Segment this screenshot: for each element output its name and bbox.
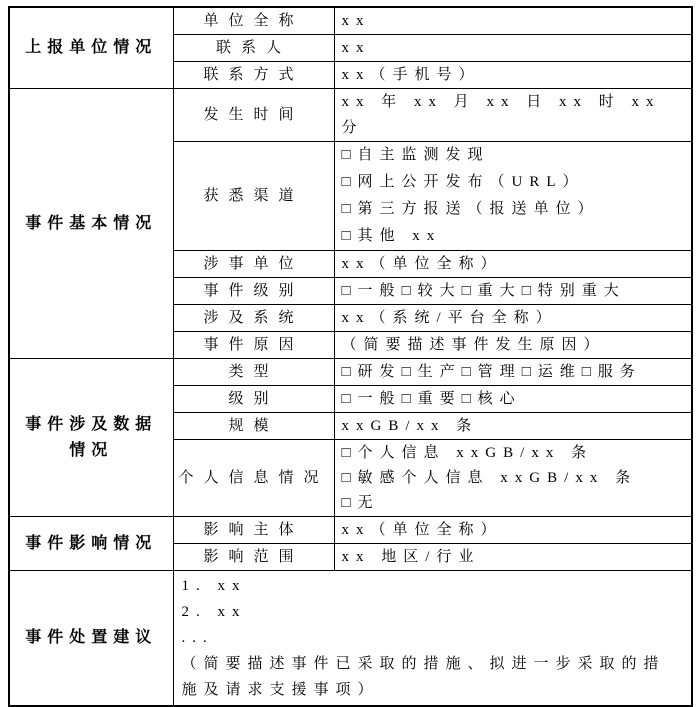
field-label-data-scale: 规模 bbox=[173, 413, 334, 440]
checkbox-option-type-management[interactable]: □管理 bbox=[462, 364, 522, 380]
suggestion-note: （简要描述事件已采取的措施、拟进一步采取的措施及请求支援事项） bbox=[182, 651, 686, 703]
field-label-occurrence-time: 发生时间 bbox=[173, 89, 334, 142]
field-label-involved-system: 涉及系统 bbox=[173, 305, 334, 332]
checkbox-option-public-release[interactable]: □网上公开发布（URL） bbox=[342, 169, 688, 196]
checkbox-option-type-rd[interactable]: □研发 bbox=[342, 364, 402, 380]
field-value-discovery-channel: □自主监测发现 □网上公开发布（URL） □第三方报送（报送单位） □其他 xx bbox=[334, 142, 692, 251]
checkbox-option-level-large[interactable]: □较大 bbox=[402, 283, 462, 299]
field-value-incident-cause: （简要描述事件发生原因） bbox=[334, 332, 692, 359]
checkbox-option-other[interactable]: □其他 xx bbox=[342, 223, 688, 250]
checkbox-option-level-major[interactable]: □重大 bbox=[462, 283, 522, 299]
section-title-incident-basic-info: 事件基本情况 bbox=[9, 89, 173, 359]
field-value-contact-method: xx（手机号） bbox=[334, 62, 692, 89]
field-value-handling-suggestions: 1. xx 2. xx ... （简要描述事件已采取的措施、拟进一步采取的措施及… bbox=[173, 571, 692, 707]
checkbox-option-data-important[interactable]: □重要 bbox=[402, 391, 462, 407]
field-label-affected-scope: 影响范围 bbox=[173, 544, 334, 571]
field-value-incident-level: □一般□较大□重大□特别重大 bbox=[334, 278, 692, 305]
checkbox-option-self-monitoring[interactable]: □自主监测发现 bbox=[342, 142, 688, 169]
section-title-incident-impact-info: 事件影响情况 bbox=[9, 517, 173, 571]
field-value-occurrence-time: xx 年 xx 月 xx 日 xx 时 xx 分 bbox=[334, 89, 692, 142]
field-value-unit-full-name: xx bbox=[334, 7, 692, 35]
field-value-involved-system: xx（系统/平台全称） bbox=[334, 305, 692, 332]
checkbox-option-type-operations[interactable]: □运维 bbox=[522, 364, 582, 380]
suggestion-line-ellipsis: ... bbox=[182, 625, 686, 651]
field-label-data-type: 类型 bbox=[173, 359, 334, 386]
field-label-discovery-channel: 获悉渠道 bbox=[173, 142, 334, 251]
field-label-contact-person: 联系人 bbox=[173, 35, 334, 62]
field-value-involved-unit: xx（单位全称） bbox=[334, 251, 692, 278]
section-title-handling-suggestions: 事件处置建议 bbox=[9, 571, 173, 707]
field-value-contact-person: xx bbox=[334, 35, 692, 62]
checkbox-option-third-party-report[interactable]: □第三方报送（报送单位） bbox=[342, 196, 688, 223]
field-label-data-level: 级别 bbox=[173, 386, 334, 413]
section-title-reporting-unit-info: 上报单位情况 bbox=[9, 7, 173, 89]
section-title-involved-data-info: 事件涉及数据情况 bbox=[9, 359, 173, 517]
field-label-personal-info: 个人信息情况 bbox=[173, 440, 334, 517]
field-value-affected-scope: xx 地区/行业 bbox=[334, 544, 692, 571]
checkbox-option-none[interactable]: □无 bbox=[342, 491, 688, 516]
field-value-data-type: □研发□生产□管理□运维□服务 bbox=[334, 359, 692, 386]
field-value-data-scale: xxGB/xx 条 bbox=[334, 413, 692, 440]
field-value-data-level: □一般□重要□核心 bbox=[334, 386, 692, 413]
checkbox-option-personal-info[interactable]: □个人信息 xxGB/xx 条 bbox=[342, 441, 688, 466]
checkbox-option-sensitive-personal-info[interactable]: □敏感个人信息 xxGB/xx 条 bbox=[342, 466, 688, 491]
checkbox-option-data-general[interactable]: □一般 bbox=[342, 391, 402, 407]
field-value-personal-info: □个人信息 xxGB/xx 条 □敏感个人信息 xxGB/xx 条 □无 bbox=[334, 440, 692, 517]
suggestion-line-2: 2. xx bbox=[182, 599, 686, 625]
incident-report-form-page: 上报单位情况 单位全称 xx 联系人 xx 联系方式 xx（手机号） 事件基本情… bbox=[0, 0, 699, 662]
suggestion-line-1: 1. xx bbox=[182, 573, 686, 599]
checkbox-option-type-service[interactable]: □服务 bbox=[582, 364, 642, 380]
checkbox-option-level-especially-major[interactable]: □特别重大 bbox=[522, 283, 626, 299]
field-label-incident-level: 事件级别 bbox=[173, 278, 334, 305]
checkbox-option-level-general[interactable]: □一般 bbox=[342, 283, 402, 299]
incident-report-form-table: 上报单位情况 单位全称 xx 联系人 xx 联系方式 xx（手机号） 事件基本情… bbox=[8, 6, 693, 707]
checkbox-option-type-production[interactable]: □生产 bbox=[402, 364, 462, 380]
field-value-affected-subject: xx（单位全称） bbox=[334, 517, 692, 544]
checkbox-option-data-core[interactable]: □核心 bbox=[462, 391, 522, 407]
field-label-unit-full-name: 单位全称 bbox=[173, 7, 334, 35]
field-label-affected-subject: 影响主体 bbox=[173, 517, 334, 544]
field-label-involved-unit: 涉事单位 bbox=[173, 251, 334, 278]
field-label-incident-cause: 事件原因 bbox=[173, 332, 334, 359]
field-label-contact-method: 联系方式 bbox=[173, 62, 334, 89]
